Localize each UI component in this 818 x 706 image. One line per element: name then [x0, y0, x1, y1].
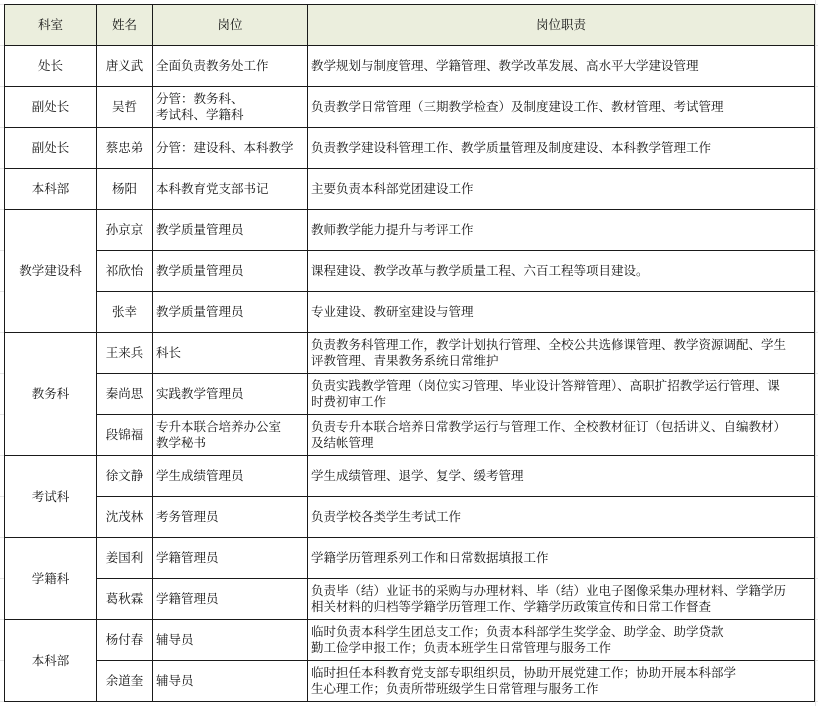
post-cell: 实践教学管理员 [153, 374, 308, 415]
duty-cell: 负责教学建设科管理工作、教学质量管理及制度建设、本科教学管理工作 [308, 128, 815, 169]
table-row: 段锦福 专升本联合培养办公室 教学秘书 负责专升本联合培养日常教学运行与管理工作… [5, 415, 815, 456]
post-cell: 辅导员 [153, 620, 308, 661]
duty-cell: 负责教学日常管理（三期教学检查）及制度建设工作、教材管理、考试管理 [308, 87, 815, 128]
table-row: 教务科 王来兵 科长 负责教务科管理工作，教学计划执行管理、全校公共选修课管理、… [5, 333, 815, 374]
duty-cell: 课程建设、教学改革与教学质量工程、六百工程等项目建设。 [308, 251, 815, 292]
duty-cell: 负责学校各类学生考试工作 [308, 497, 815, 538]
name-cell: 张幸 [97, 292, 153, 333]
dept-cell: 副处长 [5, 128, 97, 169]
table-row: 余道奎 辅导员 临时担任本科教育党支部专职组织员，协助开展党建工作；协助开展本科… [5, 661, 815, 702]
post-cell: 考务管理员 [153, 497, 308, 538]
post-cell: 分管：教务科、 考试科、学籍科 [153, 87, 308, 128]
post-cell: 教学质量管理员 [153, 210, 308, 251]
name-cell: 徐文静 [97, 456, 153, 497]
duty-cell: 专业建设、教研室建设与管理 [308, 292, 815, 333]
duty-cell: 学籍学历管理系列工作和日常数据填报工作 [308, 538, 815, 579]
dept-cell: 教务科 [5, 333, 97, 456]
header-dept: 科室 [5, 5, 97, 46]
dept-cell: 副处长 [5, 87, 97, 128]
duty-cell: 主要负责本科部党团建设工作 [308, 169, 815, 210]
table-row: 教学建设科 孙京京 教学质量管理员 教师教学能力提升与考评工作 [5, 210, 815, 251]
dept-cell: 本科部 [5, 169, 97, 210]
name-cell: 祁欣怡 [97, 251, 153, 292]
name-cell: 唐义武 [97, 46, 153, 87]
dept-cell: 处长 [5, 46, 97, 87]
name-cell: 蔡忠弟 [97, 128, 153, 169]
dept-cell: 本科部 [5, 620, 97, 702]
name-cell: 秦尚思 [97, 374, 153, 415]
table-row: 学籍科 姜国利 学籍管理员 学籍学历管理系列工作和日常数据填报工作 [5, 538, 815, 579]
name-cell: 杨阳 [97, 169, 153, 210]
header-row: 科室 姓名 岗位 岗位职责 [5, 5, 815, 46]
post-cell: 教学质量管理员 [153, 292, 308, 333]
staff-duty-table: 科室 姓名 岗位 岗位职责 处长 唐义武 全面负责教务处工作 教学规划与制度管理… [4, 4, 815, 702]
name-cell: 沈茂林 [97, 497, 153, 538]
duty-cell: 教师教学能力提升与考评工作 [308, 210, 815, 251]
dept-cell: 学籍科 [5, 538, 97, 620]
post-cell: 教学质量管理员 [153, 251, 308, 292]
name-cell: 杨付春 [97, 620, 153, 661]
post-cell: 全面负责教务处工作 [153, 46, 308, 87]
name-cell: 段锦福 [97, 415, 153, 456]
duty-cell: 临时负责本科学生团总支工作；负责本科部学生奖学金、助学金、助学贷款 勤工俭学申报… [308, 620, 815, 661]
post-cell: 科长 [153, 333, 308, 374]
name-cell: 余道奎 [97, 661, 153, 702]
duty-cell: 负责专升本联合培养日常教学运行与管理工作、全校教材征订（包括讲义、自编教材） 及… [308, 415, 815, 456]
table-row: 葛秋霖 学籍管理员 负责毕（结）业证书的采购与办理材料、毕（结）业电子图像采集办… [5, 579, 815, 620]
name-cell: 葛秋霖 [97, 579, 153, 620]
table-row: 张幸 教学质量管理员 专业建设、教研室建设与管理 [5, 292, 815, 333]
table-row: 本科部 杨付春 辅导员 临时负责本科学生团总支工作；负责本科部学生奖学金、助学金… [5, 620, 815, 661]
table-row: 沈茂林 考务管理员 负责学校各类学生考试工作 [5, 497, 815, 538]
dept-cell: 教学建设科 [5, 210, 97, 333]
post-cell: 学籍管理员 [153, 538, 308, 579]
duty-cell: 负责教务科管理工作，教学计划执行管理、全校公共选修课管理、教学资源调配、学生 评… [308, 333, 815, 374]
post-cell: 学籍管理员 [153, 579, 308, 620]
table-row: 本科部 杨阳 本科教育党支部书记 主要负责本科部党团建设工作 [5, 169, 815, 210]
name-cell: 吴哲 [97, 87, 153, 128]
table-row: 考试科 徐文静 学生成绩管理员 学生成绩管理、退学、复学、缓考管理 [5, 456, 815, 497]
dept-cell: 考试科 [5, 456, 97, 538]
post-cell: 学生成绩管理员 [153, 456, 308, 497]
post-cell: 分管：建设科、本科教学 [153, 128, 308, 169]
name-cell: 孙京京 [97, 210, 153, 251]
post-cell: 辅导员 [153, 661, 308, 702]
table-row: 祁欣怡 教学质量管理员 课程建设、教学改革与教学质量工程、六百工程等项目建设。 [5, 251, 815, 292]
header-name: 姓名 [97, 5, 153, 46]
header-duty: 岗位职责 [308, 5, 815, 46]
header-post: 岗位 [153, 5, 308, 46]
duty-cell: 负责实践教学管理（岗位实习管理、毕业设计答辩管理）、高职扩招教学运行管理、课 时… [308, 374, 815, 415]
duty-cell: 教学规划与制度管理、学籍管理、教学改革发展、高水平大学建设管理 [308, 46, 815, 87]
post-cell: 本科教育党支部书记 [153, 169, 308, 210]
duty-cell: 负责毕（结）业证书的采购与办理材料、毕（结）业电子图像采集办理材料、学籍学历 相… [308, 579, 815, 620]
duty-cell: 临时担任本科教育党支部专职组织员，协助开展党建工作；协助开展本科部学 生心理工作… [308, 661, 815, 702]
table-row: 秦尚思 实践教学管理员 负责实践教学管理（岗位实习管理、毕业设计答辩管理）、高职… [5, 374, 815, 415]
duty-cell: 学生成绩管理、退学、复学、缓考管理 [308, 456, 815, 497]
name-cell: 王来兵 [97, 333, 153, 374]
name-cell: 姜国利 [97, 538, 153, 579]
post-cell: 专升本联合培养办公室 教学秘书 [153, 415, 308, 456]
table-row: 副处长 吴哲 分管：教务科、 考试科、学籍科 负责教学日常管理（三期教学检查）及… [5, 87, 815, 128]
table-row: 处长 唐义武 全面负责教务处工作 教学规划与制度管理、学籍管理、教学改革发展、高… [5, 46, 815, 87]
table-row: 副处长 蔡忠弟 分管：建设科、本科教学 负责教学建设科管理工作、教学质量管理及制… [5, 128, 815, 169]
